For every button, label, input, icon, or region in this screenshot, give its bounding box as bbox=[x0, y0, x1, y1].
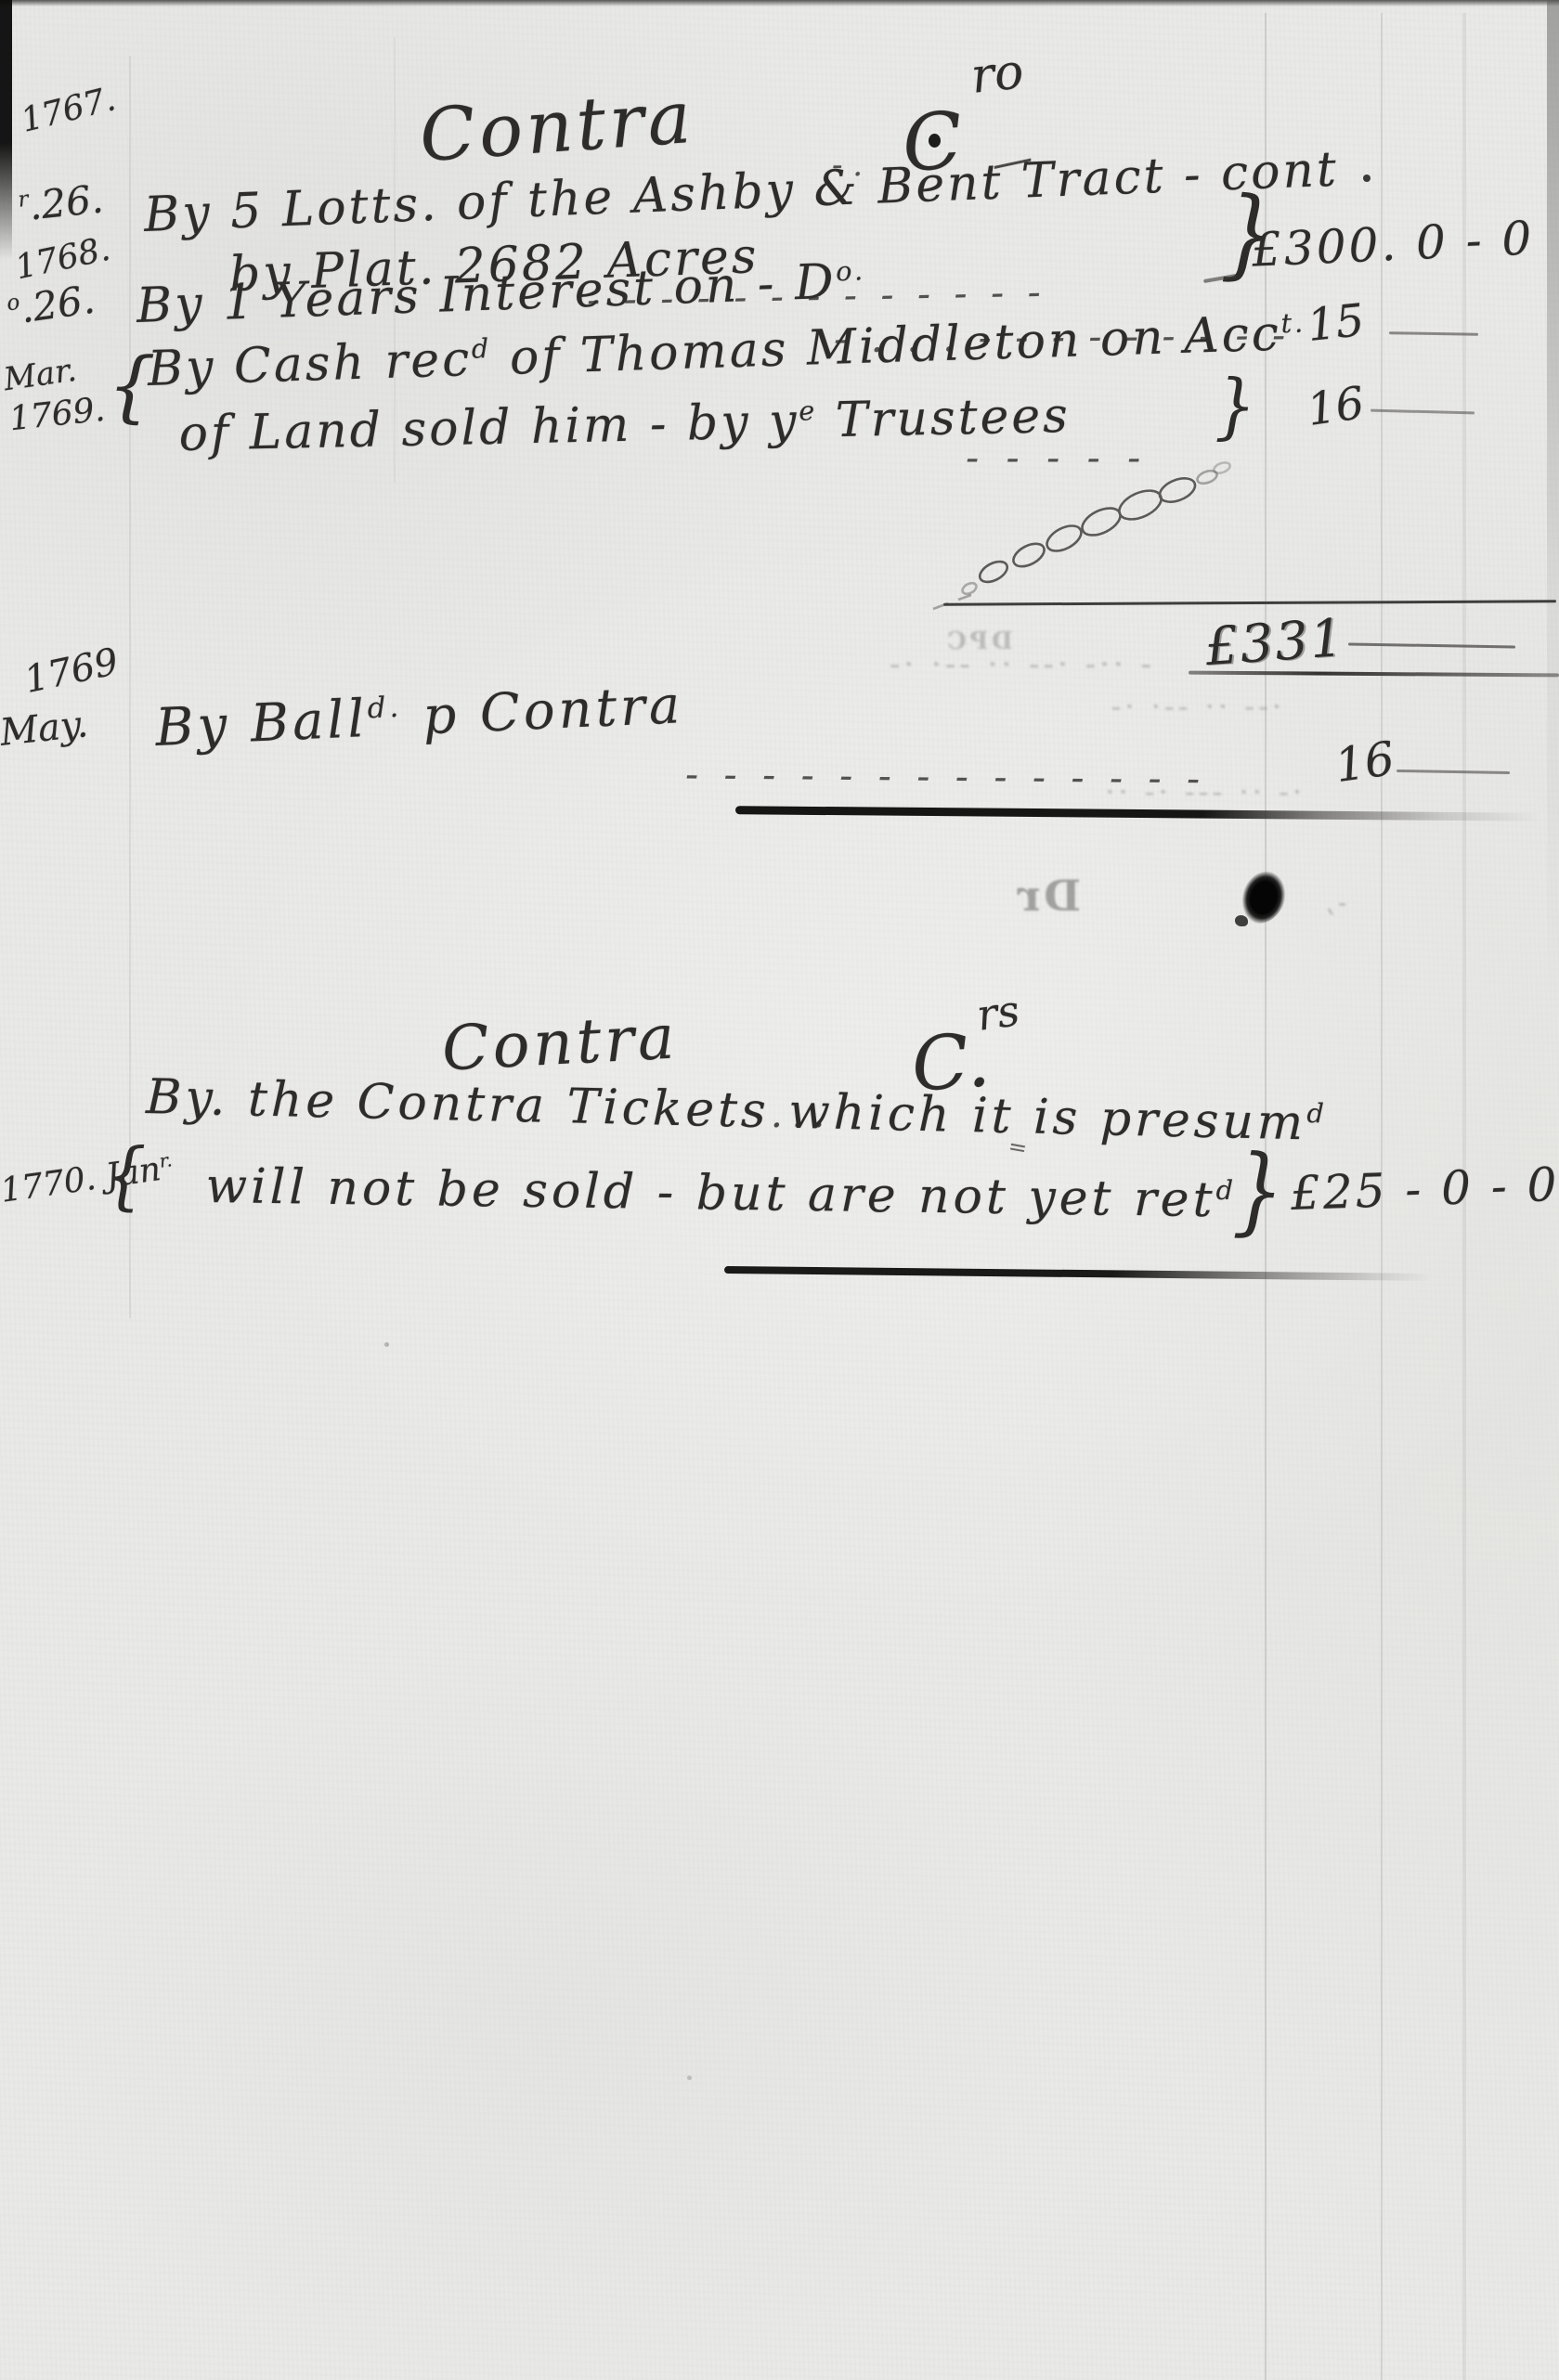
section1-heading-cr-sup: ro bbox=[968, 44, 1026, 105]
entry-text: By. the Contra Tickets which it is presu… bbox=[146, 1069, 1307, 1151]
section1-heading-word: Contra bbox=[417, 76, 697, 178]
ink-speck bbox=[687, 2076, 692, 2080]
balance-text: By Ball bbox=[154, 689, 370, 758]
amount-value: £300. 0 - 0 bbox=[1251, 211, 1536, 277]
ink-dash bbox=[1389, 331, 1478, 336]
margin-day-1: r.26. bbox=[17, 175, 106, 229]
amount-value: 16 bbox=[1304, 377, 1367, 436]
amount-value: 16 bbox=[1332, 731, 1397, 793]
margin-open-brace: { bbox=[104, 1138, 147, 1211]
margin-year-1769: 1769. bbox=[7, 391, 107, 439]
page-right-edge bbox=[1547, 0, 1559, 1021]
balance-row: By Balld. p Contra bbox=[154, 675, 685, 758]
ink-blot-tail bbox=[1235, 915, 1248, 926]
entry-row-continuation: of Land sold him - by ye Trustees bbox=[178, 388, 1071, 462]
ink-dash bbox=[1397, 770, 1510, 774]
margin-day-1-num: .26. bbox=[27, 175, 106, 228]
margin-month-mar: Mar. bbox=[2, 352, 79, 399]
bleedthrough-fragment: -, bbox=[1322, 887, 1346, 918]
bleedthrough-dr-label: Dr bbox=[1014, 871, 1081, 921]
entry-text: of Land sold him - by y bbox=[178, 394, 799, 462]
bleedthrough-fragment: ·-- ·· --· ·- bbox=[799, 689, 1281, 724]
margin-year-1768: 1768. bbox=[12, 230, 113, 288]
entry-row-continuation: will not be sold - but are not yet retd bbox=[205, 1158, 1237, 1228]
column-rule bbox=[129, 56, 131, 1318]
margin-date-1770: 1770. Janr. bbox=[0, 1148, 175, 1210]
margin-year-1769-may: 1769 bbox=[20, 640, 122, 702]
balance-text-sup: d. bbox=[367, 691, 403, 726]
entry-text-sup: d bbox=[471, 332, 491, 365]
page-top-edge bbox=[0, 0, 1559, 6]
ledger-page: Contra - . C ro — 1767. r.26. 1768. o.26… bbox=[0, 0, 1559, 2380]
margin-year-1767: 1767. bbox=[18, 80, 120, 140]
section2-heading-cr-sup: rs bbox=[973, 985, 1022, 1041]
ink-speck bbox=[384, 1342, 389, 1347]
total-underline bbox=[1189, 671, 1559, 678]
section2-heading-word: Contra bbox=[440, 1001, 680, 1084]
closing-rule bbox=[724, 1266, 1432, 1281]
balance-text: p Contra bbox=[401, 675, 684, 747]
entry-text-sup: e bbox=[799, 395, 818, 426]
entry-text: By Cash rec bbox=[147, 331, 473, 397]
margin-date-sup: r. bbox=[158, 1149, 174, 1172]
entry-row: By. the Contra Tickets which it is presu… bbox=[146, 1069, 1329, 1152]
entry-row: By 5 Lotts. of the Ashby & Bent Tract - … bbox=[143, 142, 1340, 243]
bleedthrough-fragment: DPC bbox=[943, 627, 1013, 655]
ink-dash bbox=[1371, 409, 1475, 415]
margin-month-may: May. bbox=[0, 703, 90, 755]
dotted-leader: - - - - - - - - - - - - - - bbox=[685, 751, 1306, 802]
ink-flourish bbox=[929, 453, 1244, 615]
total-amount: £331 bbox=[1203, 608, 1347, 678]
entry-text-sup: o. bbox=[836, 254, 866, 287]
entry-text-sup: d bbox=[1306, 1097, 1328, 1129]
margin-day-2-num: .26. bbox=[18, 277, 97, 332]
entry-text-sup: t. bbox=[1280, 306, 1306, 339]
ink-dash bbox=[1348, 642, 1515, 648]
amount-value: 15 bbox=[1305, 294, 1367, 352]
amount-brace: } bbox=[1232, 1142, 1286, 1239]
page-left-edge bbox=[0, 0, 12, 260]
entry-text: will not be sold - but are not yet ret bbox=[205, 1158, 1216, 1228]
ink-speck bbox=[1363, 175, 1371, 182]
amount-brace: } bbox=[1215, 370, 1256, 442]
amount-value: £25 - 0 - 0 bbox=[1290, 1158, 1559, 1221]
